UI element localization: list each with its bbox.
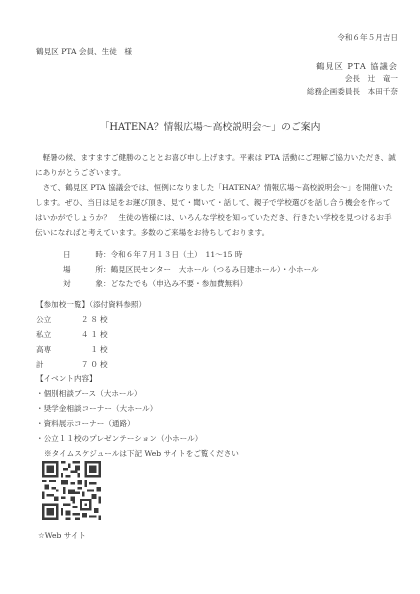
document-title: 「HATENA？情報広場～高校説明会～」のご案内 — [0, 123, 420, 133]
body-text: 軽暑の候、ますますご健勝のこととお喜び申し上げます。平素は PTA 活動にご理解… — [35, 150, 397, 240]
document-date: 令和６年５月吉日 — [337, 34, 398, 42]
sender-organization: 鶴見区 PTA 協議会 — [307, 62, 398, 70]
event-details: 日 時 ： 令和６年７月１３日（土） 11～15 時 場 所 ： 鶴見区民センタ… — [63, 248, 319, 292]
detail-value: 鶴見区民センター 大ホール（つるみ日建ホール）・小ホール — [111, 263, 319, 278]
body-paragraph: 軽暑の候、ますますご健勝のこととお喜び申し上げます。平素は PTA 活動にご理解… — [35, 150, 397, 180]
participating-schools: 【参加校一覧】（添付資料参照） 公立 ２８ 校 私立 ４１ 校 高専 １ 校 計… — [36, 297, 146, 372]
sender-committee-chair: 総務企画委員長 本田千奈 — [307, 88, 398, 96]
detail-value: どなたでも（申込み不要・参加費無料） — [111, 277, 248, 292]
detail-row-audience: 対 象 ： どなたでも（申込み不要・参加費無料） — [63, 277, 319, 292]
qr-code-icon[interactable] — [42, 461, 101, 520]
event-item: ・個別相談ブース（大ホール） — [36, 386, 239, 401]
sender-president: 会長 辻 竜一 — [307, 75, 398, 83]
detail-label: 場 所 — [63, 263, 103, 278]
sender-block: 鶴見区 PTA 協議会 会長 辻 竜一 総務企画委員長 本田千奈 — [307, 62, 398, 100]
event-item: ・公立１１校のプレゼンテーション（小ホール） — [36, 431, 239, 446]
detail-row-venue: 場 所 ： 鶴見区民センター 大ホール（つるみ日建ホール）・小ホール — [63, 263, 319, 278]
event-item: ・資料展示コーナー（通路） — [36, 416, 239, 431]
schedule-note: ※タイムスケジュールは下記 Web サイトをご覧ください — [36, 446, 239, 461]
recipient: 鶴見区 PTA 会員、生徒 様 — [36, 48, 132, 56]
school-row: 高専 １ 校 — [36, 342, 146, 357]
detail-label: 日 時 — [63, 248, 103, 263]
school-row-total: 計 ７０ 校 — [36, 357, 146, 372]
schools-heading: 【参加校一覧】（添付資料参照） — [36, 297, 146, 312]
event-item: ・奨学金相談コーナー（大ホール） — [36, 401, 239, 416]
body-paragraph: さて、鶴見区 PTA 協議会では、恒例になりました「HATENA？情報広場～高校… — [35, 180, 397, 240]
detail-row-datetime: 日 時 ： 令和６年７月１３日（土） 11～15 時 — [63, 248, 319, 263]
website-label: ☆Web サイト — [38, 532, 86, 540]
events-heading: 【イベント内容】 — [36, 371, 239, 386]
school-row: 私立 ４１ 校 — [36, 327, 146, 342]
detail-label: 対 象 — [63, 277, 103, 292]
school-row: 公立 ２８ 校 — [36, 312, 146, 327]
event-contents: 【イベント内容】 ・個別相談ブース（大ホール） ・奨学金相談コーナー（大ホール）… — [36, 371, 239, 461]
detail-value: 令和６年７月１３日（土） 11～15 時 — [111, 248, 243, 263]
